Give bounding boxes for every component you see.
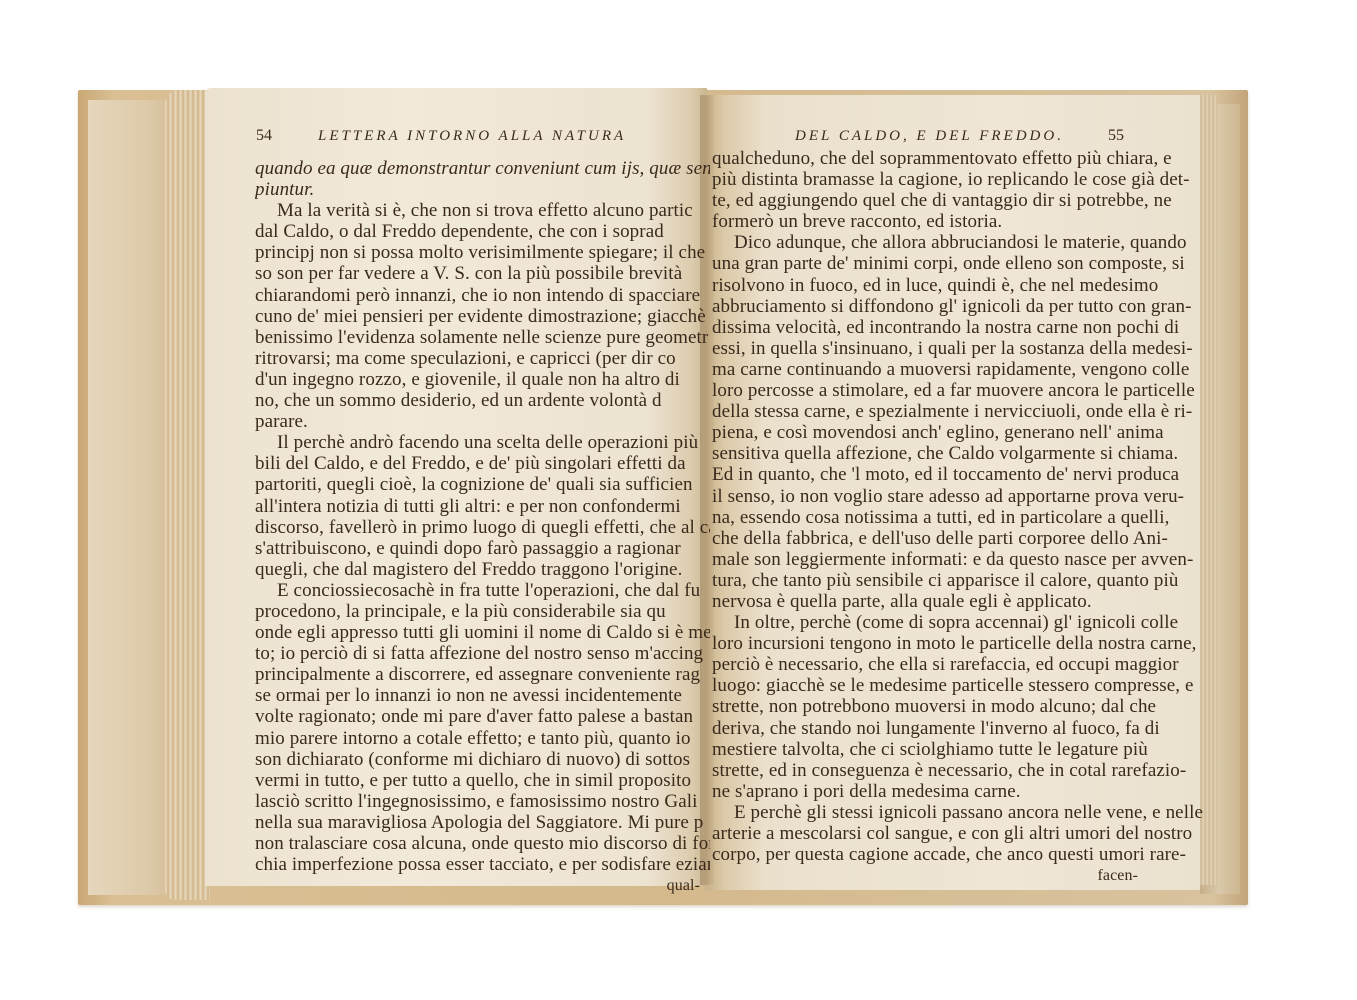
text-line: strette, non potrebbono muoversi in modo… bbox=[712, 696, 1142, 717]
text-line: no, che un sommo desiderio, ed un ardent… bbox=[255, 390, 710, 411]
text-line: se ormai per lo innanzi io non ne avessi… bbox=[255, 685, 710, 706]
text-line: partoriti, quegli cioè, la cognizione de… bbox=[255, 474, 710, 495]
text-line: onde egli appresso tutti gli uomini il n… bbox=[255, 622, 710, 643]
text-line: luogo: giacchè se le medesime particelle… bbox=[712, 675, 1142, 696]
page-stack-left bbox=[165, 90, 210, 900]
text-line: perciò è necessario, che ella si rarefac… bbox=[712, 654, 1142, 675]
text-line: più distinta bramasse la cagione, io rep… bbox=[712, 169, 1142, 190]
left-page-number: 54 bbox=[256, 127, 272, 145]
text-line: quegli, che dal magistero del Freddo tra… bbox=[255, 559, 710, 580]
text-line: corpo, per questa cagione accade, che an… bbox=[712, 844, 1142, 865]
text-line: chia imperfezione possa esser tacciato, … bbox=[255, 854, 710, 875]
text-line: na, essendo cosa notissima a tutti, ed i… bbox=[712, 507, 1142, 528]
text-line: parare. bbox=[255, 411, 710, 432]
left-running-head: LETTERA INTORNO ALLA NATURA bbox=[318, 128, 626, 145]
text-line: ma carne continuando a muoversi rapidame… bbox=[712, 359, 1142, 380]
text-line: all'intera notizia di tutti gli altri: e… bbox=[255, 496, 710, 517]
text-line: principj non si possa molto verisimilmen… bbox=[255, 242, 710, 263]
text-line: qualcheduno, che del soprammentovato eff… bbox=[712, 148, 1142, 169]
paragraph-start: E perchè gli stessi ignicoli passano anc… bbox=[712, 802, 1142, 823]
right-running-head: DEL CALDO, E DEL FREDDO. bbox=[795, 128, 1064, 145]
text-line: piuntur. bbox=[255, 179, 710, 200]
text-line: ne s'aprano i pori della medesima carne. bbox=[712, 781, 1142, 802]
text-line: cuno de' miei pensieri per evidente dimo… bbox=[255, 306, 710, 327]
paragraph-start: In oltre, perchè (come di sopra accennai… bbox=[712, 612, 1142, 633]
text-line: to; io perciò di si fatta affezione del … bbox=[255, 643, 710, 664]
text-line: d'un ingegno rozzo, e giovenile, il qual… bbox=[255, 369, 710, 390]
text-line: bili del Caldo, e del Freddo, e de' più … bbox=[255, 453, 710, 474]
right-page-text: qualcheduno, che del soprammentovato eff… bbox=[712, 148, 1142, 886]
text-line: discorso, favellerò in primo luogo di qu… bbox=[255, 517, 710, 538]
text-line: mio parere intorno a cotale effetto; e t… bbox=[255, 728, 710, 749]
text-line: te, ed aggiungendo quel che di vantaggio… bbox=[712, 190, 1142, 211]
catchword: facen- bbox=[712, 865, 1142, 886]
text-line: benissimo l'evidenza solamente nelle sci… bbox=[255, 327, 710, 348]
text-line: s'attribuiscono, e quindi dopo farò pass… bbox=[255, 538, 710, 559]
paragraph-start: Dico adunque, che allora abbruciandosi l… bbox=[712, 232, 1142, 253]
paragraph-start: Il perchè andrò facendo una scelta delle… bbox=[255, 432, 710, 453]
text-line: quando ea quæ demonstrantur conveniunt c… bbox=[255, 158, 710, 179]
paragraph-start: E conciossiecosachè in fra tutte l'opera… bbox=[255, 580, 710, 601]
text-line: so son per far vedere a V. S. con la più… bbox=[255, 263, 710, 284]
text-line: strette, ed in conseguenza è necessario,… bbox=[712, 760, 1142, 781]
text-line: il senso, io non voglio stare adesso ad … bbox=[712, 486, 1142, 507]
text-line: della stessa carne, e spezialmente i ner… bbox=[712, 401, 1142, 422]
text-line: male son leggiermente informati: e da qu… bbox=[712, 549, 1142, 570]
right-page-number: 55 bbox=[1108, 127, 1124, 145]
text-line: ritrovarsi; ma come speculazioni, e capr… bbox=[255, 348, 710, 369]
text-line: risolvono in fuoco, ed in luce, quindi è… bbox=[712, 275, 1142, 296]
text-line: principalmente a discorrere, ed assegnar… bbox=[255, 664, 710, 685]
text-line: son dichiarato (conforme mi dichiaro di … bbox=[255, 749, 710, 770]
text-line: dissima velocità, ed incontrando la nost… bbox=[712, 317, 1142, 338]
left-page-text: quando ea quæ demonstrantur conveniunt c… bbox=[255, 158, 710, 896]
text-line: che della fabbrica, e dell'uso delle par… bbox=[712, 528, 1142, 549]
text-line: nella sua maravigliosa Apologia del Sagg… bbox=[255, 812, 710, 833]
text-line: essi, in quella s'insinuano, i quali per… bbox=[712, 338, 1142, 359]
text-line: formerò un breve racconto, ed istoria. bbox=[712, 211, 1142, 232]
text-line: dal Caldo, o dal Freddo dependente, che … bbox=[255, 221, 710, 242]
paragraph-start: Ma la verità si è, che non si trova effe… bbox=[255, 200, 710, 221]
text-line: chiarandomi però innanzi, che io non int… bbox=[255, 285, 710, 306]
text-line: nervosa è quella parte, alla quale egli … bbox=[712, 591, 1142, 612]
text-line: tura, che tanto più sensibile ci apparis… bbox=[712, 570, 1142, 591]
text-line: Ed in quanto, che 'l moto, ed il toccame… bbox=[712, 464, 1142, 485]
text-line: deriva, che stando noi lungamente l'inve… bbox=[712, 718, 1142, 739]
catchword: qual- bbox=[255, 875, 710, 896]
text-line: loro incursioni tengono in moto le parti… bbox=[712, 633, 1142, 654]
text-line: loro percosse a stimolare, ed a far muov… bbox=[712, 380, 1142, 401]
text-line: volte ragionato; onde mi pare d'aver fat… bbox=[255, 706, 710, 727]
text-line: procedono, la principale, e la più consi… bbox=[255, 601, 710, 622]
text-line: lasciò scritto l'ingegnosissimo, e famos… bbox=[255, 791, 710, 812]
text-line: arterie a mescolarsi col sangue, e con g… bbox=[712, 823, 1142, 844]
text-line: piena, e così movendosi anch' eglino, ge… bbox=[712, 422, 1142, 443]
text-line: mestiere talvolta, che ci sciolghiamo tu… bbox=[712, 739, 1142, 760]
text-line: non tralasciare cosa alcuna, onde questo… bbox=[255, 833, 710, 854]
text-line: sensitiva quella affezione, che Caldo vo… bbox=[712, 443, 1142, 464]
text-line: una gran parte de' minimi corpi, onde el… bbox=[712, 253, 1142, 274]
text-line: abbruciamento si diffondono gl' ignicoli… bbox=[712, 296, 1142, 317]
text-line: vermi in tutto, e per tutto a quello, ch… bbox=[255, 770, 710, 791]
